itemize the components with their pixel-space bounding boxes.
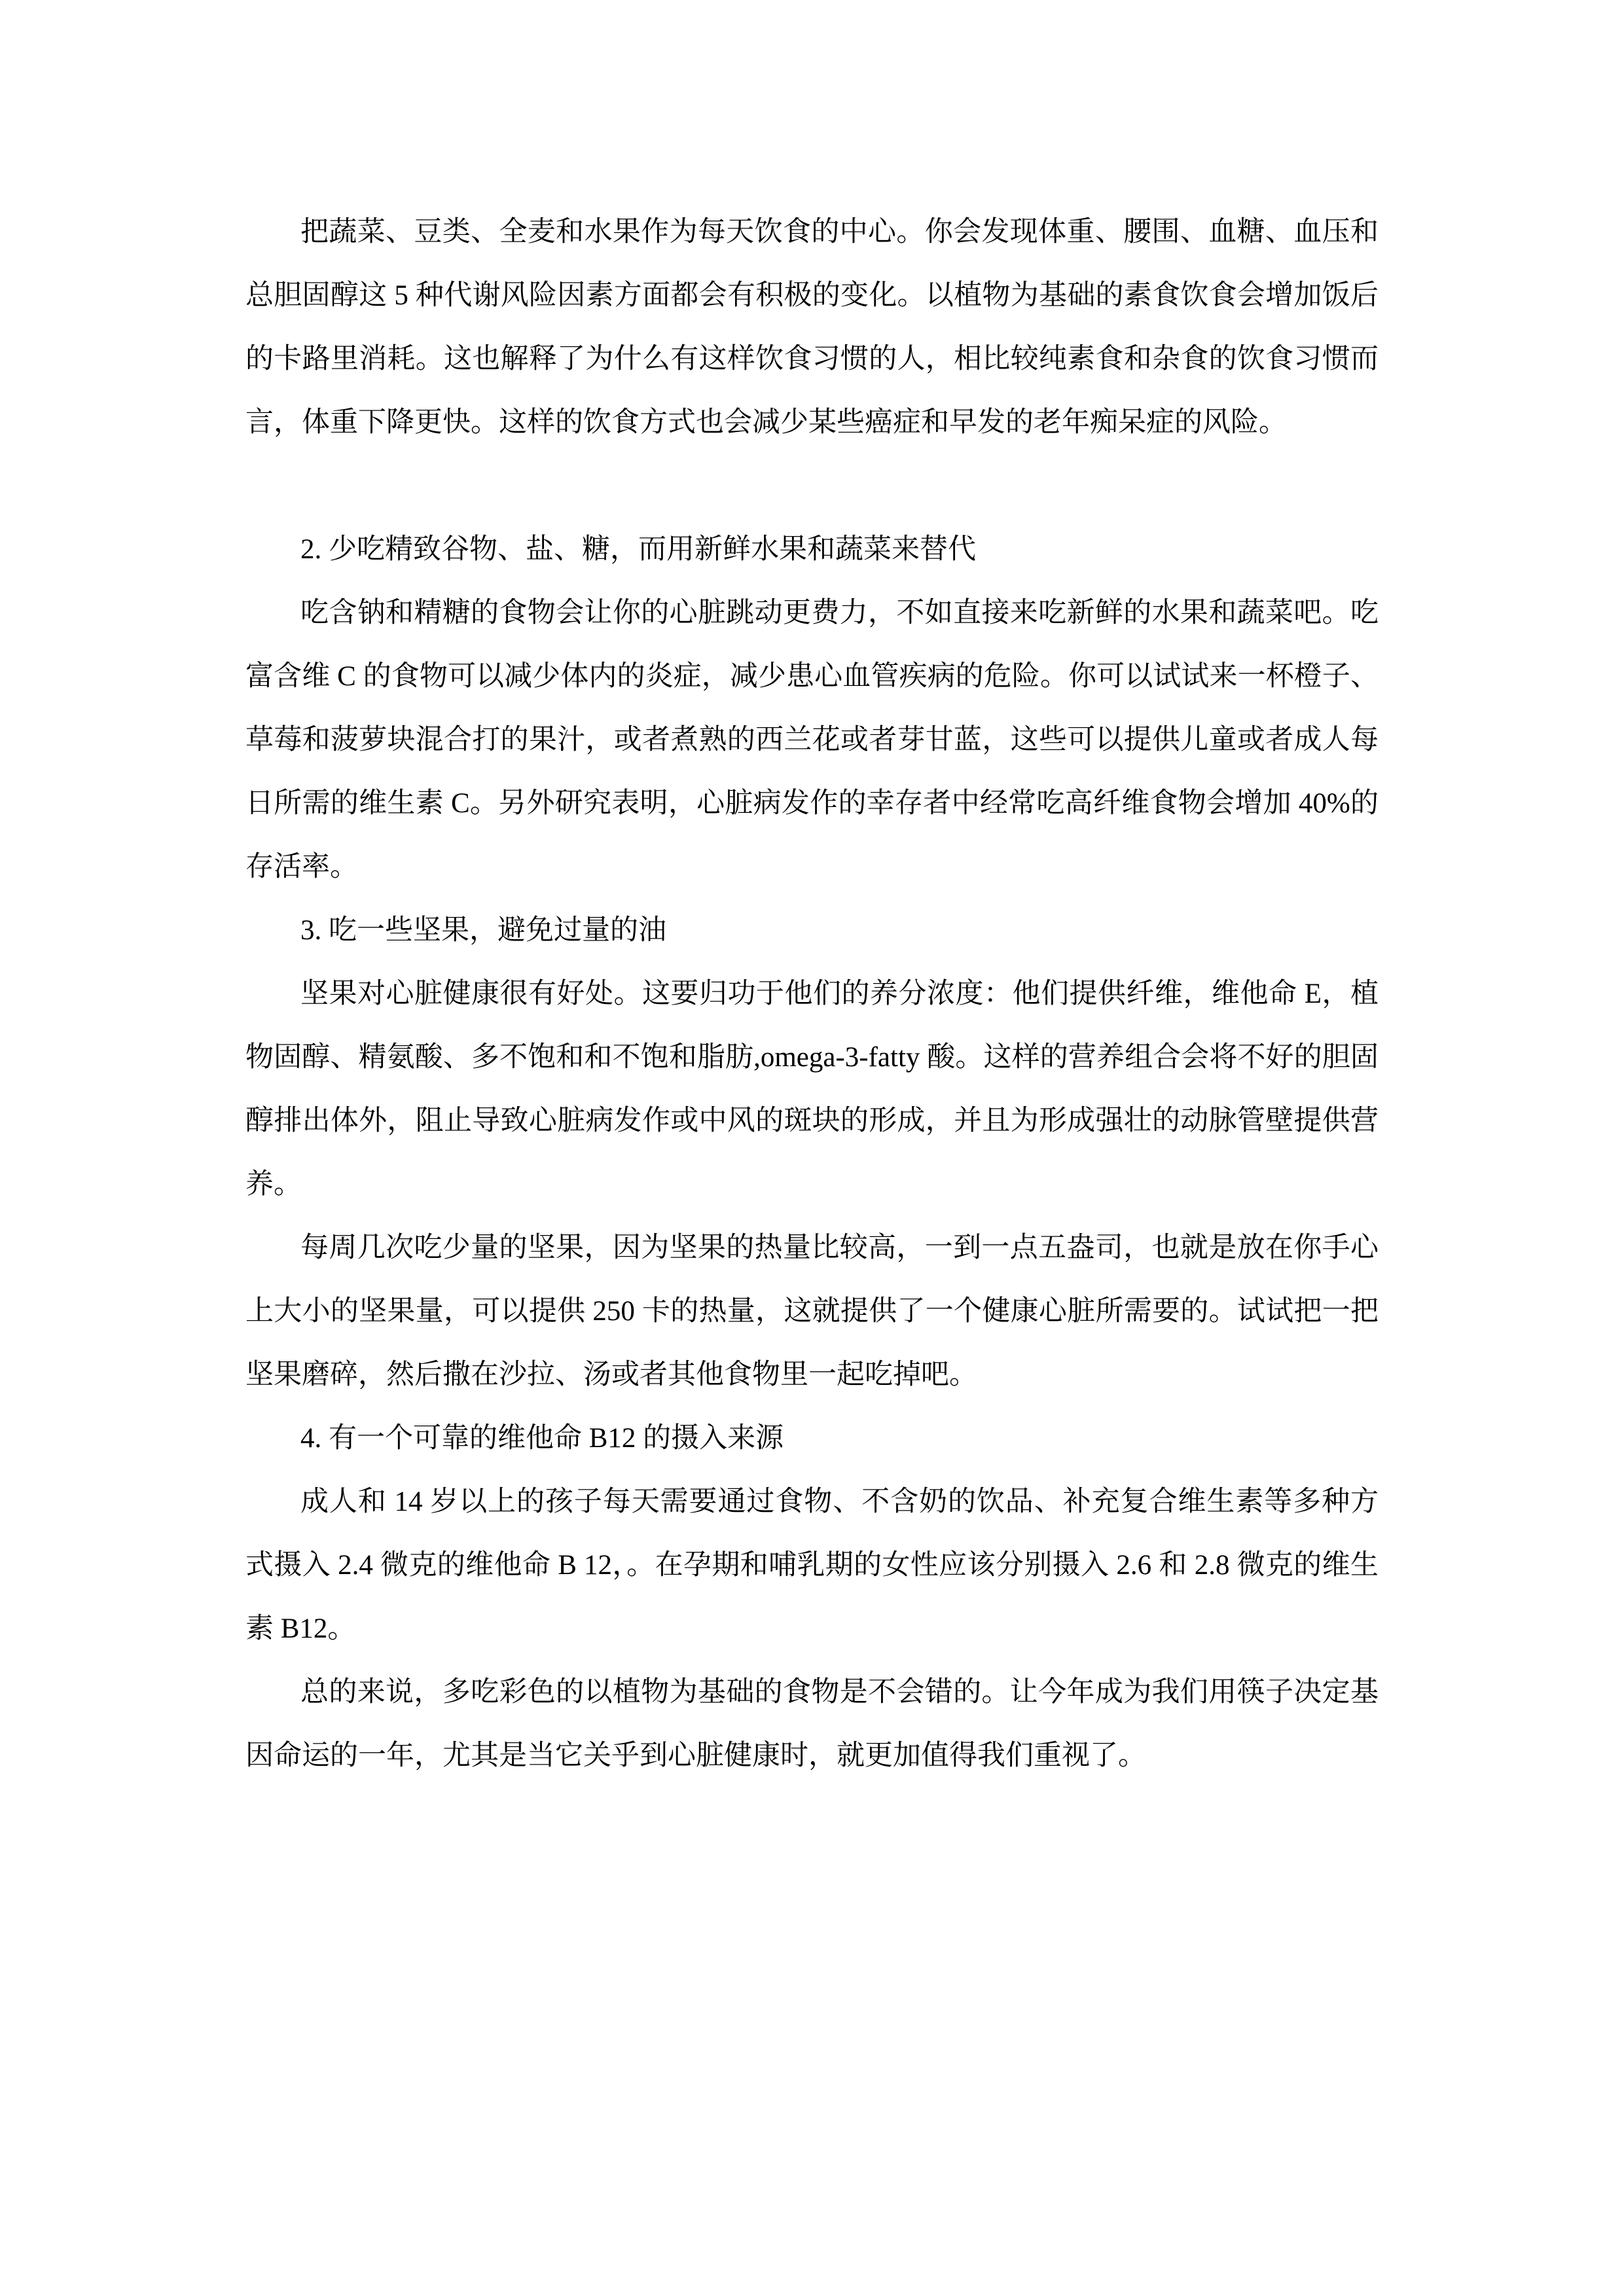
section-3-paragraph-1: 坚果对心脏健康很有好处。这要归功于他们的养分浓度：他们提供纤维，维他命 E，植物… [245, 962, 1379, 1216]
document-content: 把蔬菜、豆类、全麦和水果作为每天饮食的中心。你会发现体重、腰围、血糖、血压和总胆… [245, 200, 1379, 1787]
intro-paragraph: 把蔬菜、豆类、全麦和水果作为每天饮食的中心。你会发现体重、腰围、血糖、血压和总胆… [245, 200, 1379, 454]
blank-line [245, 454, 1379, 518]
section-3-paragraph-2: 每周几次吃少量的坚果，因为坚果的热量比较高，一到一点五盎司，也就是放在你手心上大… [245, 1216, 1379, 1407]
section-2-heading: 2. 少吃精致谷物、盐、糖，而用新鲜水果和蔬菜来替代 [245, 518, 1379, 581]
section-2-paragraph: 吃含钠和精糖的食物会让你的心脏跳动更费力，不如直接来吃新鲜的水果和蔬菜吧。吃富含… [245, 581, 1379, 899]
section-4-paragraph: 成人和 14 岁以上的孩子每天需要通过食物、不含奶的饮品、补充复合维生素等多种方… [245, 1470, 1379, 1660]
closing-paragraph: 总的来说，多吃彩色的以植物为基础的食物是不会错的。让今年成为我们用筷子决定基因命… [245, 1660, 1379, 1787]
section-3-heading: 3. 吃一些坚果，避免过量的油 [245, 899, 1379, 962]
section-4-heading: 4. 有一个可靠的维他命 B12 的摄入来源 [245, 1407, 1379, 1470]
document-page: 把蔬菜、豆类、全麦和水果作为每天饮食的中心。你会发现体重、腰围、血糖、血压和总胆… [0, 0, 1624, 2296]
